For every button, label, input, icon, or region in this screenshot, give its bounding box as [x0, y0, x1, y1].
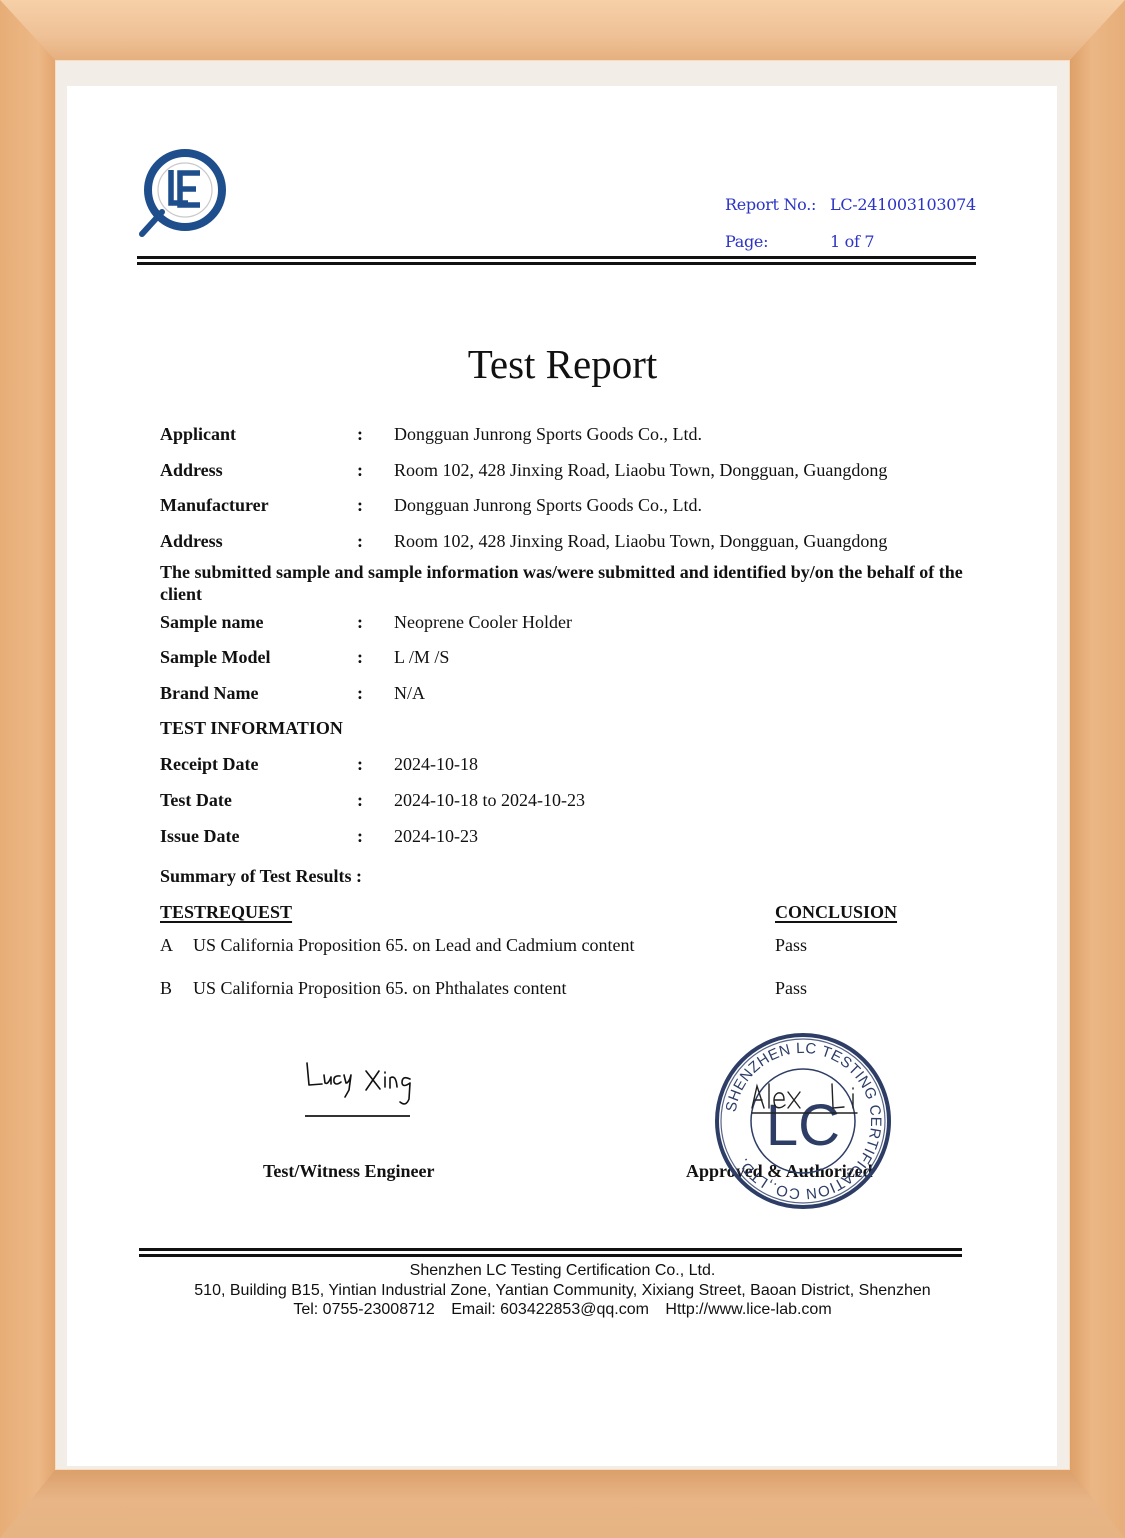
footer-email[interactable]: Email: 603422853@qq.com — [451, 1301, 649, 1318]
engineer-role-label: Test/Witness Engineer — [263, 1161, 435, 1182]
field-brand-name: Brand Name : N/A — [160, 683, 425, 704]
report-no-label: Report No.: — [725, 186, 830, 223]
result-letter: A — [160, 935, 193, 956]
column-header-conclusion: CONCLUSION — [775, 902, 897, 923]
field-issue-date: Issue Date : 2024-10-23 — [160, 826, 478, 847]
field-separator: : — [357, 647, 394, 668]
field-label: Manufacturer — [160, 495, 357, 516]
footer-tel: Tel: 0755-23008712 — [293, 1301, 434, 1318]
field-applicant-address: Address : Room 102, 428 Jinxing Road, Li… — [160, 460, 887, 481]
field-value: 2024-10-18 to 2024-10-23 — [394, 790, 585, 811]
field-label: Brand Name — [160, 683, 357, 704]
frame-bottom — [0, 1470, 1125, 1538]
footer-address: 510, Building B15, Yintian Industrial Zo… — [0, 1281, 1125, 1301]
field-value: Neoprene Cooler Holder — [394, 612, 572, 633]
field-value: Room 102, 428 Jinxing Road, Liaobu Town,… — [394, 460, 887, 481]
field-separator: : — [357, 460, 394, 481]
result-request: US California Proposition 65. on Phthala… — [193, 978, 566, 998]
lc-logo-icon — [138, 148, 228, 240]
page-number: 1 of 7 — [830, 223, 874, 260]
field-label: Sample name — [160, 612, 357, 633]
field-manufacturer: Manufacturer : Dongguan Junrong Sports G… — [160, 495, 702, 516]
field-separator: : — [357, 826, 394, 847]
field-value: 2024-10-18 — [394, 754, 478, 775]
field-value: N/A — [394, 683, 425, 704]
certificate-paper — [67, 86, 1057, 1466]
field-separator: : — [357, 531, 394, 552]
svg-text:LC: LC — [766, 1093, 840, 1158]
field-value: 2024-10-23 — [394, 826, 478, 847]
result-row: AUS California Proposition 65. on Lead a… — [160, 935, 634, 956]
sample-note: The submitted sample and sample informat… — [160, 561, 990, 605]
field-separator: : — [357, 790, 394, 811]
field-receipt-date: Receipt Date : 2024-10-18 — [160, 754, 478, 775]
field-value: Dongguan Junrong Sports Goods Co., Ltd. — [394, 424, 702, 445]
footer-double-rule — [139, 1248, 962, 1251]
footer: Shenzhen LC Testing Certification Co., L… — [0, 1261, 1125, 1320]
engineer-signature-line — [305, 1115, 410, 1117]
field-label: Issue Date — [160, 826, 357, 847]
document-title: Test Report — [0, 340, 1125, 388]
page-label: Page: — [725, 223, 830, 260]
field-separator: : — [357, 612, 394, 633]
engineer-signature-icon — [300, 1055, 415, 1117]
field-label: Applicant — [160, 424, 357, 445]
result-conclusion: Pass — [775, 978, 807, 999]
result-row: BUS California Proposition 65. on Phthal… — [160, 978, 566, 999]
field-separator: : — [357, 424, 394, 445]
field-label: Sample Model — [160, 647, 357, 668]
header-double-rule — [137, 256, 976, 259]
field-separator: : — [357, 495, 394, 516]
company-seal-stamp-icon: SHENZHEN LC TESTING CERTIFICATION CO.,LT… — [712, 1030, 894, 1212]
summary-heading: Summary of Test Results : — [160, 866, 362, 887]
field-label: Receipt Date — [160, 754, 357, 775]
footer-website[interactable]: Http://www.lice-lab.com — [665, 1301, 831, 1318]
field-value: Room 102, 428 Jinxing Road, Liaobu Town,… — [394, 531, 887, 552]
result-request: US California Proposition 65. on Lead an… — [193, 935, 634, 955]
result-letter: B — [160, 978, 193, 999]
field-label: Address — [160, 531, 357, 552]
footer-company: Shenzhen LC Testing Certification Co., L… — [0, 1261, 1125, 1281]
field-sample-name: Sample name : Neoprene Cooler Holder — [160, 612, 572, 633]
test-information-heading: TEST INFORMATION — [160, 718, 343, 739]
field-separator: : — [357, 683, 394, 704]
field-separator: : — [357, 754, 394, 775]
report-number: LC-241003103074 — [830, 186, 976, 223]
field-value: L /M /S — [394, 647, 449, 668]
field-test-date: Test Date : 2024-10-18 to 2024-10-23 — [160, 790, 585, 811]
column-header-test-request: TESTREQUEST — [160, 902, 292, 923]
frame-top — [0, 0, 1125, 60]
field-label: Test Date — [160, 790, 357, 811]
field-label: Address — [160, 460, 357, 481]
report-meta: Report No.: LC-241003103074 Page: 1 of 7 — [725, 186, 976, 260]
field-sample-model: Sample Model : L /M /S — [160, 647, 449, 668]
result-conclusion: Pass — [775, 935, 807, 956]
field-manufacturer-address: Address : Room 102, 428 Jinxing Road, Li… — [160, 531, 887, 552]
footer-contact: Tel: 0755-23008712 Email: 603422853@qq.c… — [0, 1300, 1125, 1320]
field-applicant: Applicant : Dongguan Junrong Sports Good… — [160, 424, 702, 445]
field-value: Dongguan Junrong Sports Goods Co., Ltd. — [394, 495, 702, 516]
